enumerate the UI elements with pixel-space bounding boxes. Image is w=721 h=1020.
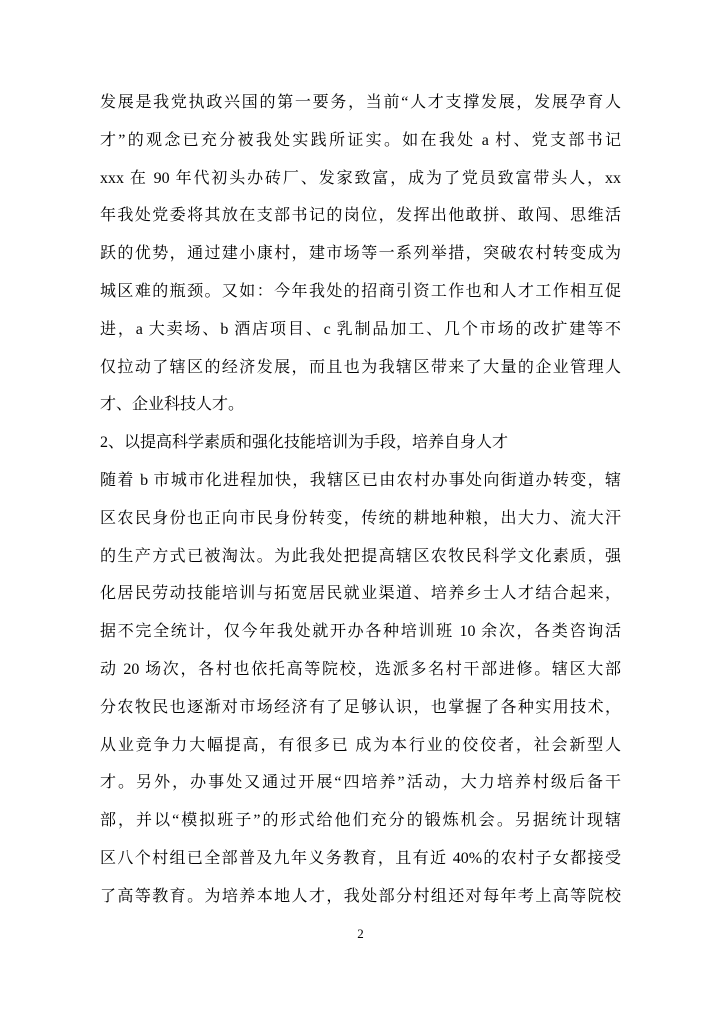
text-line: 部，并以“模拟班子”的形式给他们充分的锻炼机会。另据统计现辖 (100, 802, 621, 840)
text-line: 才、企业科技人才。 (100, 386, 621, 424)
text-line: 了高等教育。为培养本地人才，我处部分村组还对每年考上高等院校 (100, 878, 621, 916)
text-line: 跃的优势，通过建小康村，建市场等一系列举措，突破农村转变成为 (100, 235, 621, 273)
document-page: 发展是我党执政兴国的第一要务，当前“人才支撑发展，发展孕育人才”的观念已充分被我… (0, 0, 721, 1020)
document-body: 发展是我党执政兴国的第一要务，当前“人才支撑发展，发展孕育人才”的观念已充分被我… (100, 84, 621, 916)
text-line: 的生产方式已被淘汰。为此我处把提高辖区农牧民科学文化素质，强 (100, 538, 621, 576)
text-line: 2、以提高科学素质和强化技能培训为手段，培养自身人才 (100, 424, 621, 462)
text-line: 分农牧民也逐渐对市场经济有了足够认识，也掌握了各种实用技术， (100, 689, 621, 727)
text-line: 随着 b 市城市化进程加快，我辖区已由农村办事处向街道办转变，辖 (100, 462, 621, 500)
text-line: 仅拉动了辖区的经济发展，而且也为我辖区带来了大量的企业管理人 (100, 349, 621, 387)
text-line: xxx 在 90 年代初头办砖厂、发家致富，成为了党员致富带头人，xx (100, 160, 621, 198)
text-line: 化居民劳动技能培训与拓宽居民就业渠道、培养乡士人才结合起来， (100, 575, 621, 613)
text-line: 动 20 场次，各村也依托高等院校，选派多名村干部进修。辖区大部 (100, 651, 621, 689)
text-line: 城区难的瓶颈。又如：今年我处的招商引资工作也和人才工作相互促 (100, 273, 621, 311)
text-line: 进，a 大卖场、b 酒店项目、c 乳制品加工、几个市场的改扩建等不 (100, 311, 621, 349)
text-line: 从业竞争力大幅提高，有很多已 成为本行业的佼佼者，社会新型人 (100, 727, 621, 765)
text-line: 发展是我党执政兴国的第一要务，当前“人才支撑发展，发展孕育人 (100, 84, 621, 122)
text-line: 据不完全统计，仅今年我处就开办各种培训班 10 余次，各类咨询活 (100, 613, 621, 651)
text-line: 区八个村组已全部普及九年义务教育，且有近 40%的农村子女都接受 (100, 840, 621, 878)
text-line: 才”的观念已充分被我处实践所证实。如在我处 a 村、党支部书记 (100, 122, 621, 160)
page-number: 2 (0, 924, 721, 944)
text-line: 区农民身份也正向市民身份转变，传统的耕地种粮，出大力、流大汗 (100, 500, 621, 538)
text-line: 才。另外，办事处又通过开展“四培养”活动，大力培养村级后备干 (100, 764, 621, 802)
text-line: 年我处党委将其放在支部书记的岗位，发挥出他敢拼、敢闯、思维活 (100, 197, 621, 235)
